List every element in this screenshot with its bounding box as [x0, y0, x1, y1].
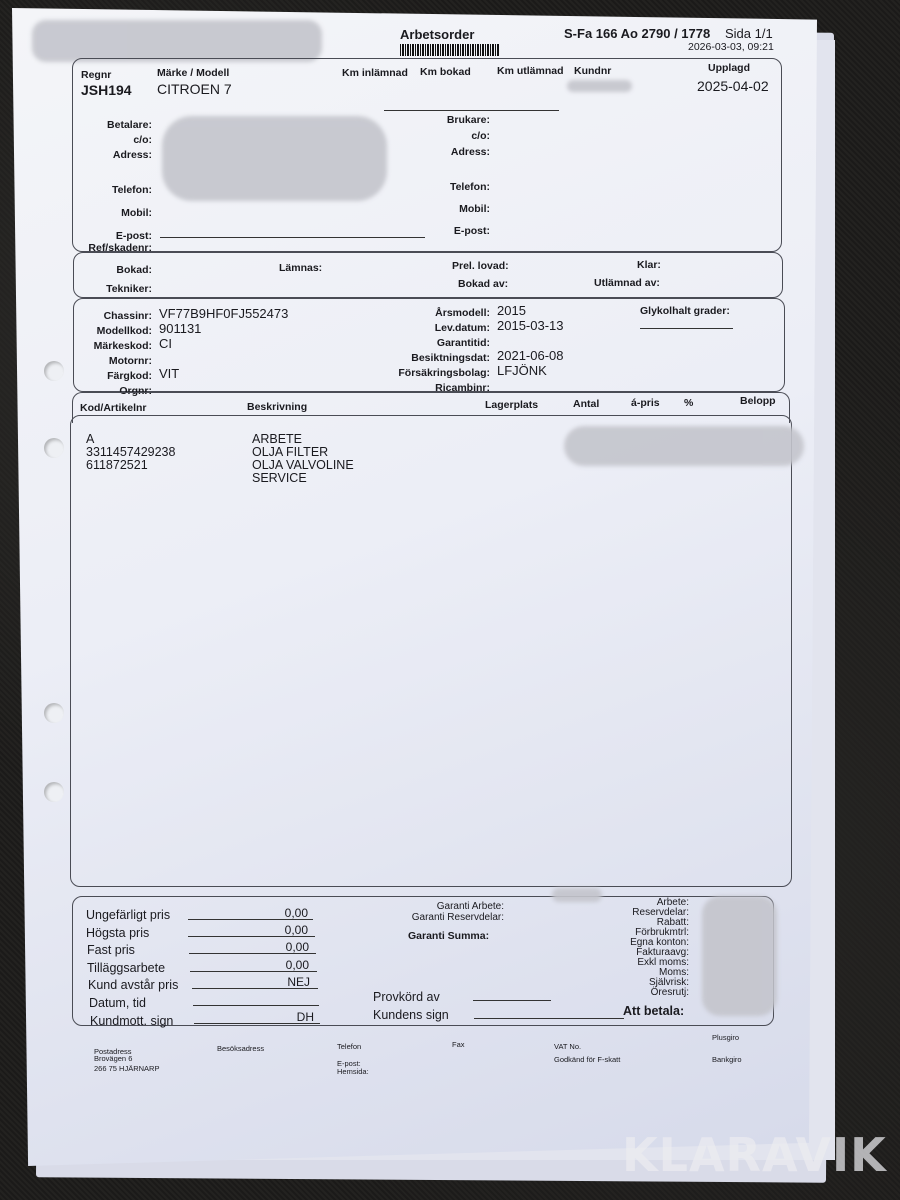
footer-bankgiro-label: Bankgiro [712, 1055, 742, 1064]
punch-hole [44, 782, 64, 802]
footer-phone-label: Telefon [337, 1042, 361, 1051]
amount-due-label: Att betala: [623, 1004, 684, 1018]
regnr-label: Regnr [81, 69, 111, 81]
pricing-label: Tilläggsarbete [87, 961, 165, 975]
test-driven-line [473, 1000, 551, 1001]
chassis-label: Chassinr: [72, 310, 152, 322]
pricing-label: Kund avstår pris [88, 978, 178, 992]
warranty-time-label: Garantitid: [382, 337, 490, 349]
col-description: Beskrivning [247, 401, 307, 413]
brand-code-label: Märkeskod: [72, 340, 152, 352]
created-date: 2025-04-02 [697, 78, 769, 94]
created-label: Upplagd [708, 62, 750, 74]
punch-hole [44, 703, 64, 723]
redacted-payer-details [162, 116, 387, 201]
pricing-line [188, 919, 313, 920]
insurance-company-value: LFJÖNK [497, 363, 547, 378]
pricing-label: Ungefärligt pris [86, 908, 170, 922]
km-booked-label: Km bokad [420, 66, 471, 78]
pricing-line [192, 988, 318, 989]
insurance-company-label: Försäkringsbolag: [372, 367, 490, 379]
pricing-line [189, 953, 316, 954]
inspection-date-value: 2021-06-08 [497, 348, 564, 363]
items-table-body [70, 415, 792, 887]
delivery-date-label: Lev.datum: [382, 322, 490, 334]
leave-label: Lämnas: [279, 262, 322, 274]
redacted-totals [702, 896, 777, 1016]
model-label: Märke / Modell [157, 67, 229, 79]
model-year-label: Årsmodell: [382, 307, 490, 319]
prel-promised-label: Prel. lovad: [452, 260, 509, 272]
customer-sign-label: Kundens sign [373, 1008, 449, 1022]
col-discount: % [684, 397, 693, 409]
divider-line [384, 110, 559, 111]
km-out-label: Km utlämnad [497, 65, 564, 77]
payer-co-label: c/o: [72, 134, 152, 146]
payer-phone-label: Telefon: [72, 184, 152, 196]
email-line [160, 237, 425, 238]
punch-hole [44, 438, 64, 458]
redacted-company-name [32, 20, 322, 62]
brand-code-value: CI [159, 336, 172, 351]
pricing-line [193, 1005, 319, 1006]
customer-sign-line [474, 1018, 624, 1019]
color-code-value: VIT [159, 366, 179, 381]
user-email-label: E-post: [412, 225, 490, 237]
test-driven-label: Provkörd av [373, 990, 440, 1004]
user-phone-label: Telefon: [412, 181, 490, 193]
pricing-line [194, 1023, 320, 1024]
print-timestamp: 2026-03-03, 09:21 [688, 41, 774, 53]
pricing-label: Fast pris [87, 943, 135, 957]
pricing-label: Högsta pris [86, 926, 149, 940]
item-descriptions: ARBETE OLJA FILTER OLJA VALVOLINE SERVIC… [252, 433, 354, 485]
footer-plusgiro-label: Plusgiro [712, 1033, 739, 1042]
user-mobile-label: Mobil: [412, 203, 490, 215]
km-in-label: Km inlämnad [342, 67, 408, 79]
model-code-value: 901131 [159, 321, 201, 336]
booked-by-label: Bokad av: [458, 278, 508, 290]
user-address-label: Adress: [412, 146, 490, 158]
engine-number-label: Motornr: [72, 355, 152, 367]
footer-city: 266 75 HJÄRNARP [94, 1064, 159, 1073]
document-title: Arbetsorder [400, 27, 474, 42]
pricing-value: 0,00 [269, 940, 309, 954]
pricing-value: 0,00 [269, 958, 309, 972]
payer-label: Betalare: [72, 119, 152, 131]
glycol-line [640, 328, 733, 329]
redacted-customer-number [567, 80, 632, 92]
ready-label: Klar: [637, 259, 661, 271]
page-number: Sida 1/1 [725, 26, 773, 41]
warranty-work-label: Garanti Arbete: [412, 901, 504, 912]
pricing-value: 0,00 [268, 906, 308, 920]
footer-visit-label: Besöksadress [217, 1044, 264, 1053]
redacted-mark [552, 888, 602, 902]
chassis-value: VF77B9HF0FJ552473 [159, 306, 288, 321]
booked-label: Bokad: [72, 264, 152, 276]
handed-out-by-label: Utlämnad av: [594, 277, 660, 289]
footer-website-label: Hemsida: [337, 1067, 369, 1076]
col-amount: Belopp [740, 395, 776, 407]
model-year-value: 2015 [497, 303, 526, 318]
footer-street: Brovägen 6 [94, 1054, 132, 1063]
footer-fskatt-label: Godkänd för F-skatt [554, 1055, 620, 1064]
pricing-line [188, 936, 315, 937]
order-reference: S-Fa 166 Ao 2790 / 1778 [564, 26, 710, 41]
technician-label: Tekniker: [72, 283, 152, 295]
payer-email-label: E-post: [72, 230, 152, 242]
warranty-sum-label: Garanti Summa: [408, 930, 489, 942]
col-quantity: Antal [573, 398, 599, 410]
item-codes: A 3311457429238 611872521 [86, 433, 175, 472]
punch-hole [44, 361, 64, 381]
table-row-description: SERVICE [252, 472, 354, 485]
model-code-label: Modellkod: [72, 325, 152, 337]
footer-vat-label: VAT No. [554, 1042, 581, 1051]
barcode [400, 44, 500, 56]
user-co-label: c/o: [412, 130, 490, 142]
klaravik-watermark: KLARAVIK [622, 1128, 887, 1182]
customer-number-label: Kundnr [574, 65, 611, 77]
color-code-label: Färgkod: [72, 370, 152, 382]
col-unit-price: á-pris [631, 397, 660, 409]
pricing-value: NEJ [270, 975, 310, 989]
pricing-line [190, 971, 317, 972]
regnr-value: JSH194 [81, 82, 132, 98]
inspection-date-label: Besiktningsdat: [382, 352, 490, 364]
booking-section [73, 252, 783, 298]
pricing-label: Kundmott. sign [90, 1014, 173, 1028]
pricing-label: Datum, tid [89, 996, 146, 1010]
user-label: Brukare: [412, 114, 490, 126]
payer-mobile-label: Mobil: [72, 207, 152, 219]
payer-address-label: Adress: [72, 149, 152, 161]
table-row-code: 611872521 [86, 459, 175, 472]
warranty-parts-label: Garanti Reservdelar: [392, 912, 504, 923]
col-code: Kod/Artikelnr [80, 402, 147, 414]
delivery-date-value: 2015-03-13 [497, 318, 564, 333]
col-location: Lagerplats [485, 399, 538, 411]
redacted-item-amounts [564, 426, 804, 466]
pricing-value: 0,00 [268, 923, 308, 937]
work-order-document: Arbetsorder S-Fa 166 Ao 2790 / 1778 Sida… [12, 8, 817, 1166]
footer-fax-label: Fax [452, 1040, 465, 1049]
glycol-label: Glykolhalt grader: [640, 305, 730, 317]
model-value: CITROEN 7 [157, 81, 232, 97]
total-label: Öresrutj: [599, 987, 689, 998]
pricing-value: DH [274, 1010, 314, 1024]
